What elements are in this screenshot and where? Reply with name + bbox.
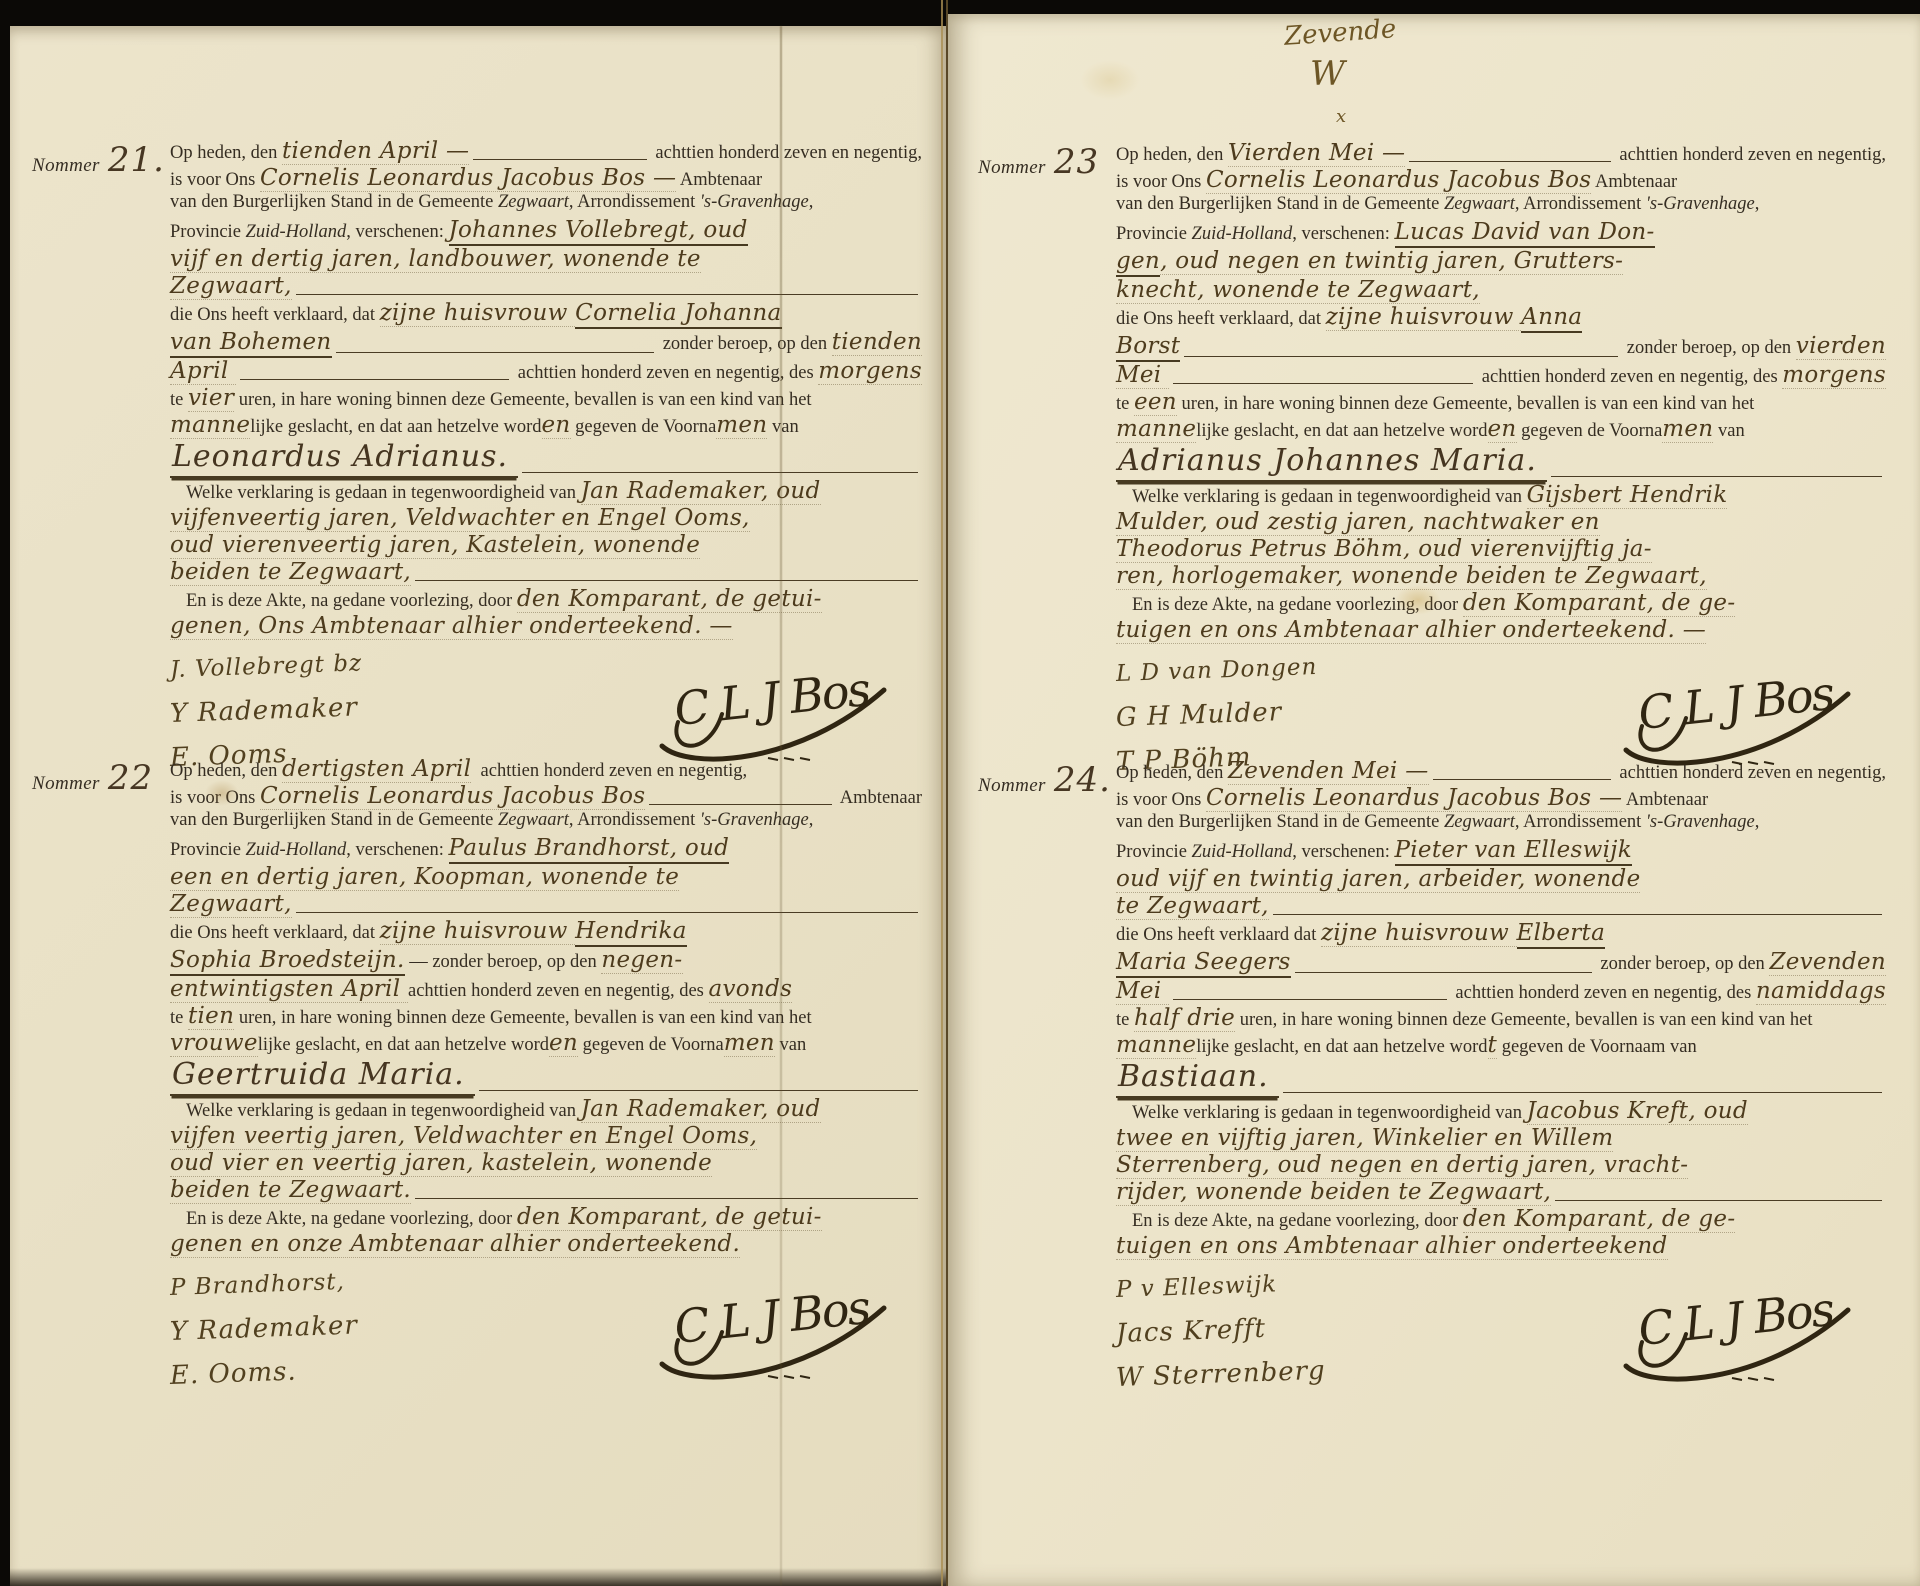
- record-line: mannelijke geslacht, en dat aan hetzelve…: [1116, 416, 1886, 443]
- handwritten-text: negen-: [601, 947, 682, 974]
- record-line: mannelijke geslacht, en dat aan hetzelve…: [170, 412, 922, 439]
- printed-text: uren, in hare woning binnen deze Gemeent…: [234, 390, 811, 411]
- printed-text: Zegwaart: [498, 810, 569, 831]
- handwritten-text: Sterrenberg, oud negen en dertig jaren, …: [1116, 1152, 1688, 1179]
- printed-text: , verschenen:: [346, 840, 448, 861]
- handwritten-text: namiddags: [1756, 978, 1886, 1005]
- record-line: Provincie Zuid-Holland, verschenen: Paul…: [170, 835, 922, 864]
- handwritten-text: Mei: [1116, 362, 1169, 389]
- record-number-label: Nommer 22: [32, 758, 153, 798]
- printed-text: Op heden, den: [1116, 145, 1228, 166]
- handwritten-text: Vierden Mei —: [1228, 140, 1405, 167]
- record-line: te vier uren, in hare woning binnen deze…: [170, 385, 922, 412]
- printed-text: gegeven de Voorna: [571, 417, 717, 438]
- handwritten-text: Cornelis Leonardus Jacobus Bos: [260, 783, 645, 810]
- fill-rule: [1173, 371, 1473, 384]
- handwritten-text: tienden April —: [282, 138, 469, 165]
- handwritten-text: Zegwaart,: [170, 273, 292, 300]
- handwritten-text: Zevenden Mei —: [1228, 758, 1429, 785]
- nommer-label: Nommer: [978, 157, 1046, 178]
- record-line: vijf en dertig jaren, landbouwer, wonend…: [170, 246, 922, 273]
- nommer-label: Nommer: [32, 773, 100, 794]
- printed-text: van den Burgerlijken Stand in de Gemeent…: [1116, 812, 1444, 833]
- handwritten-text: zijne huisvrouw: [380, 918, 576, 945]
- fill-rule: [415, 1186, 918, 1199]
- record-number-label: Nommer 24.: [978, 760, 1111, 800]
- record-line: Theodorus Petrus Böhm, oud vierenvijftig…: [1116, 536, 1886, 563]
- handwritten-text: Cornelis Leonardus Jacobus Bos —: [260, 165, 676, 192]
- record-line: En is deze Akte, na gedane voorlezing, d…: [170, 1204, 922, 1231]
- handwritten-text: dertigsten April: [282, 756, 471, 783]
- printed-text: En is deze Akte, na gedane voorlezing, d…: [1132, 1211, 1463, 1232]
- handwritten-text: vierden: [1796, 333, 1886, 360]
- birth-record-23: Nommer 23 Op heden, den Vierden Mei — ac…: [978, 140, 1886, 802]
- printed-text: , Arrondissement: [1515, 194, 1646, 215]
- printed-text: zonder beroep, op den: [1622, 338, 1796, 359]
- handwritten-text: April: [170, 358, 236, 385]
- handwritten-text: den Komparant, de ge-: [1463, 1206, 1736, 1233]
- handwritten-text: oud vier en veertig jaren, kastelein, wo…: [170, 1150, 712, 1177]
- record-line: te een uren, in hare woning binnen deze …: [1116, 389, 1886, 416]
- record-line: vijfenveertig jaren, Veldwachter en Enge…: [170, 505, 922, 532]
- margin-note-w: W: [1310, 54, 1345, 94]
- record-line: van den Burgerlijken Stand in de Gemeent…: [170, 810, 922, 835]
- record-line: rijder, wonende beiden te Zegwaart,: [1116, 1179, 1886, 1206]
- printed-text: van: [767, 417, 798, 438]
- handwritten-text: gen: [1116, 248, 1160, 277]
- birth-record-24: Nommer 24. Op heden, den Zevenden Mei — …: [978, 758, 1886, 1418]
- signature-block: P Brandhorst,Y RademakerE. Ooms. C L J B…: [170, 1266, 922, 1416]
- printed-text: zonder beroep, op den: [1596, 954, 1770, 975]
- handwritten-text: ren, horlogemaker, wonende beiden te Zeg…: [1116, 563, 1707, 590]
- handwritten-text: Paulus Brandhorst, oud: [449, 835, 730, 864]
- printed-text: 's-Gravenhage: [700, 810, 809, 831]
- printed-text: zonder beroep, op den: [658, 334, 832, 355]
- printed-text: is voor Ons: [1116, 172, 1206, 193]
- printed-text: En is deze Akte, na gedane voorlezing, d…: [1132, 595, 1463, 616]
- handwritten-text: Cornelis Leonardus Jacobus Bos: [1206, 167, 1591, 194]
- handwritten-text: vijfen veertig jaren, Veldwachter en Eng…: [170, 1123, 757, 1150]
- handwritten-text: entwintigsten April: [170, 976, 408, 1003]
- printed-text: ,: [809, 810, 814, 831]
- margin-note-x: x: [1336, 106, 1346, 127]
- handwritten-text: Johannes Vollebregt, oud: [449, 217, 748, 246]
- record-line: April achttien honderd zeven en negentig…: [170, 358, 922, 385]
- handwritten-text: Jacobus Kreft, oud: [1527, 1098, 1748, 1125]
- handwritten-text: Adrianus Johannes Maria.: [1116, 443, 1547, 482]
- printed-text: achttien honderd zeven en negentig,: [651, 143, 922, 164]
- handwritten-text: Mulder, oud zestig jaren, nachtwaker en: [1116, 509, 1600, 536]
- printed-text: gegeven de Voornaam van: [1497, 1037, 1697, 1058]
- printed-text: Zegwaart: [498, 192, 569, 213]
- handwritten-text: den Komparant, de getui-: [517, 1204, 822, 1231]
- paper-crease: [780, 26, 782, 1586]
- record-line: Op heden, den tienden April — achttien h…: [170, 138, 922, 165]
- record-line: Provincie Zuid-Holland, verschenen: Luca…: [1116, 219, 1886, 248]
- record-line: te tien uren, in hare woning binnen deze…: [170, 1003, 922, 1030]
- handwritten-text: vijfenveertig jaren, Veldwachter en Enge…: [170, 505, 750, 532]
- record-number: 24.: [1054, 760, 1111, 800]
- record-line: Maria Seegers zonder beroep, op den Zeve…: [1116, 949, 1886, 978]
- printed-text: achttien honderd zeven en negentig,: [1615, 763, 1886, 784]
- printed-text: Provincie: [170, 222, 246, 243]
- handwritten-text: Gijsbert Hendrik: [1527, 482, 1728, 509]
- printed-text: Ambtenaar: [1591, 172, 1677, 193]
- handwritten-text: Cornelis Leonardus Jacobus Bos —: [1206, 785, 1622, 812]
- handwritten-text: den Komparant, de ge-: [1463, 590, 1736, 617]
- record-line: En is deze Akte, na gedane voorlezing, d…: [170, 586, 922, 613]
- record-line: oud vijf en twintig jaren, arbeider, won…: [1116, 866, 1886, 893]
- record-line: Op heden, den dertigsten April achttien …: [170, 756, 922, 783]
- handwritten-text: twee en vijftig jaren, Winkelier en Will…: [1116, 1125, 1613, 1152]
- nommer-label: Nommer: [32, 155, 100, 176]
- handwritten-text: beiden te Zegwaart.: [170, 1177, 411, 1204]
- printed-text: Ambtenaar: [836, 788, 922, 809]
- printed-text: lijke geslacht, en dat aan hetzelve word: [1196, 1037, 1487, 1058]
- handwritten-text: Pieter van Elleswijk: [1395, 837, 1632, 866]
- fill-rule: [479, 1078, 918, 1091]
- handwritten-text: van Bohemen: [170, 329, 332, 358]
- nommer-label: Nommer: [978, 775, 1046, 796]
- printed-text: — zonder beroep, op den: [405, 952, 602, 973]
- handwritten-text: oud vijf en twintig jaren, arbeider, won…: [1116, 866, 1640, 893]
- printed-text: Provincie: [170, 840, 246, 861]
- printed-text: ,: [809, 192, 814, 213]
- record-line: Provincie Zuid-Holland, verschenen: Joha…: [170, 217, 922, 246]
- handwritten-text: Jan Rademaker, oud: [581, 478, 821, 505]
- handwritten-text: en: [549, 1030, 578, 1057]
- printed-text: Welke verklaring is gedaan in tegenwoord…: [186, 483, 581, 504]
- record-line: Geertruida Maria.: [170, 1057, 922, 1096]
- printed-text: achttien honderd zeven en negentig,: [471, 761, 747, 782]
- printed-text: die Ons heeft verklaard, dat: [170, 305, 380, 326]
- fill-rule: [1555, 1188, 1882, 1201]
- handwritten-text: tienden: [832, 329, 922, 356]
- record-line: is voor Ons Cornelis Leonardus Jacobus B…: [170, 783, 922, 810]
- printed-text: 's-Gravenhage: [1646, 194, 1755, 215]
- record-body: Op heden, den Vierden Mei — achttien hon…: [1116, 140, 1886, 644]
- record-line: En is deze Akte, na gedane voorlezing, d…: [1116, 1206, 1886, 1233]
- record-line: Zegwaart,: [170, 891, 922, 918]
- handwritten-text: Maria Seegers: [1116, 949, 1291, 978]
- record-line: te half drie uren, in hare woning binnen…: [1116, 1005, 1886, 1032]
- printed-text: Ambtenaar: [1622, 790, 1708, 811]
- record-line: beiden te Zegwaart.: [170, 1177, 922, 1204]
- binding-page-edge: [946, 0, 948, 1586]
- handwritten-text: half drie: [1134, 1005, 1235, 1032]
- printed-text: 's-Gravenhage: [1646, 812, 1755, 833]
- record-line: Op heden, den Vierden Mei — achttien hon…: [1116, 140, 1886, 167]
- fill-rule: [1295, 960, 1592, 973]
- register-page-left: Nommer 21. Op heden, den tienden April —…: [10, 26, 946, 1586]
- record-line: Welke verklaring is gedaan in tegenwoord…: [1116, 482, 1886, 509]
- record-number: 22: [108, 758, 153, 798]
- record-number-label: Nommer 23: [978, 142, 1099, 182]
- record-line: mannelijke geslacht, en dat aan hetzelve…: [1116, 1032, 1886, 1059]
- record-line: van Bohemen zonder beroep, op den tiende…: [170, 329, 922, 358]
- handwritten-text: men: [724, 1030, 775, 1057]
- fill-rule: [296, 282, 918, 295]
- printed-text: achttien honderd zeven en negentig, des: [513, 363, 818, 384]
- handwritten-text: en: [542, 412, 571, 439]
- birth-record-21: Nommer 21. Op heden, den tienden April —…: [32, 138, 922, 798]
- record-line: entwintigsten April achttien honderd zev…: [170, 976, 922, 1003]
- printed-text: Zuid-Holland: [246, 222, 347, 243]
- record-line: Provincie Zuid-Holland, verschenen: Piet…: [1116, 837, 1886, 866]
- fill-rule: [1551, 464, 1882, 477]
- printed-text: gegeven de Voorna: [1517, 421, 1663, 442]
- printed-text: is voor Ons: [170, 170, 260, 191]
- fill-rule: [1433, 767, 1611, 780]
- record-line: Bastiaan.: [1116, 1059, 1886, 1098]
- record-line: knecht, wonende te Zegwaart,: [1116, 277, 1886, 304]
- printed-text: lijke geslacht, en dat aan hetzelve word: [250, 417, 541, 438]
- handwritten-text: knecht, wonende te Zegwaart,: [1116, 277, 1480, 304]
- printed-text: , Arrondissement: [569, 192, 700, 213]
- official-signature: C L J Bos: [648, 1280, 908, 1392]
- printed-text: die Ons heeft verklaard, dat: [170, 923, 380, 944]
- record-line: Sterrenberg, oud negen en dertig jaren, …: [1116, 1152, 1886, 1179]
- printed-text: Zegwaart: [1444, 812, 1515, 833]
- fill-rule: [473, 147, 646, 160]
- handwritten-text: Sophia Broedsteijn.: [170, 947, 405, 976]
- printed-text: ,: [1755, 812, 1760, 833]
- record-line: Adrianus Johannes Maria.: [1116, 443, 1886, 482]
- printed-text: Zuid-Holland: [1192, 224, 1293, 245]
- printed-text: Welke verklaring is gedaan in tegenwoord…: [186, 1101, 581, 1122]
- handwritten-text: Cornelia Johanna: [575, 300, 781, 329]
- handwritten-text: te Zegwaart,: [1116, 893, 1269, 920]
- handwritten-text: Theodorus Petrus Böhm, oud vierenvijftig…: [1116, 536, 1652, 563]
- printed-text: Ambtenaar: [676, 170, 762, 191]
- fill-rule: [522, 460, 918, 473]
- printed-text: lijke geslacht, en dat aan hetzelve word: [258, 1035, 549, 1056]
- record-line: is voor Ons Cornelis Leonardus Jacobus B…: [1116, 785, 1886, 812]
- handwritten-text: Mei: [1116, 978, 1169, 1005]
- printed-text: te: [1116, 394, 1134, 415]
- record-line: Welke verklaring is gedaan in tegenwoord…: [1116, 1098, 1886, 1125]
- printed-text: Provincie: [1116, 224, 1192, 245]
- handwritten-text: vier: [188, 385, 234, 412]
- handwritten-text: Zevenden: [1769, 949, 1886, 976]
- handwritten-text: vijf en dertig jaren, landbouwer, wonend…: [170, 246, 701, 273]
- record-body: Op heden, den dertigsten April achttien …: [170, 756, 922, 1258]
- printed-text: uren, in hare woning binnen deze Gemeent…: [234, 1008, 811, 1029]
- record-line: van den Burgerlijken Stand in de Gemeent…: [1116, 812, 1886, 837]
- record-line: van den Burgerlijken Stand in de Gemeent…: [170, 192, 922, 217]
- fill-rule: [240, 367, 509, 380]
- handwritten-text: Leonardus Adrianus.: [170, 439, 518, 478]
- printed-text: is voor Ons: [1116, 790, 1206, 811]
- handwritten-text: zijne huisvrouw: [1321, 920, 1517, 947]
- handwritten-text: Elberta: [1517, 920, 1606, 949]
- printed-text: uren, in hare woning binnen deze Gemeent…: [1235, 1010, 1812, 1031]
- handwritten-text: zijne huisvrouw: [1326, 304, 1522, 331]
- record-line: is voor Ons Cornelis Leonardus Jacobus B…: [1116, 167, 1886, 194]
- record-line: is voor Ons Cornelis Leonardus Jacobus B…: [170, 165, 922, 192]
- handwritten-text: morgens: [1782, 362, 1886, 389]
- record-line: die Ons heeft verklaard, dat zijne huisv…: [170, 918, 922, 947]
- printed-text: , Arrondissement: [569, 810, 700, 831]
- record-line: Mulder, oud zestig jaren, nachtwaker en: [1116, 509, 1886, 536]
- printed-text: lijke geslacht, en dat aan hetzelve word: [1196, 421, 1487, 442]
- printed-text: te: [1116, 1010, 1134, 1031]
- signature-block: P v ElleswijkJacs KrefftW Sterrenberg C …: [1116, 1268, 1886, 1418]
- printed-text: Zuid-Holland: [1192, 842, 1293, 863]
- printed-text: achttien honderd zeven en negentig, des: [1451, 983, 1756, 1004]
- printed-text: die Ons heeft verklaard, dat: [1116, 309, 1326, 330]
- record-number: 23: [1054, 142, 1099, 182]
- printed-text: die Ons heeft verklaard dat: [1116, 925, 1321, 946]
- printed-text: van: [1713, 421, 1744, 442]
- handwritten-text: den Komparant, de getui-: [517, 586, 822, 613]
- handwritten-text: rijder, wonende beiden te Zegwaart,: [1116, 1179, 1551, 1206]
- binding-page-edge: [941, 0, 943, 1586]
- record-line: Welke verklaring is gedaan in tegenwoord…: [170, 478, 922, 505]
- handwritten-text: tien: [188, 1003, 234, 1030]
- handwritten-text: men: [1662, 416, 1713, 443]
- fill-rule: [1173, 987, 1447, 1000]
- printed-text: achttien honderd zeven en negentig, des: [1477, 367, 1782, 388]
- record-line: vijfen veertig jaren, Veldwachter en Eng…: [170, 1123, 922, 1150]
- register-book-photo: Nommer 21. Op heden, den tienden April —…: [0, 0, 1920, 1586]
- printed-text: te: [170, 390, 188, 411]
- printed-text: ,: [1755, 194, 1760, 215]
- handwritten-text: en: [1488, 416, 1517, 443]
- printed-text: is voor Ons: [170, 788, 260, 809]
- fill-rule: [1273, 902, 1882, 915]
- record-line: Leonardus Adrianus.: [170, 439, 922, 478]
- handwritten-text: Zegwaart,: [170, 891, 292, 918]
- printed-text: Provincie: [1116, 842, 1192, 863]
- printed-text: te: [170, 1008, 188, 1029]
- record-body: Op heden, den tienden April — achttien h…: [170, 138, 922, 640]
- printed-text: , verschenen:: [346, 222, 448, 243]
- record-line: een en dertig jaren, Koopman, wonende te: [170, 864, 922, 891]
- record-line: Zegwaart,: [170, 273, 922, 300]
- printed-text: , verschenen:: [1292, 842, 1394, 863]
- handwritten-text: manne: [1116, 1032, 1196, 1059]
- fill-rule: [1184, 344, 1618, 357]
- printed-text: uren, in hare woning binnen deze Gemeent…: [1177, 394, 1754, 415]
- printed-text: Zuid-Holland: [246, 840, 347, 861]
- handwritten-text: een: [1134, 389, 1177, 416]
- record-line: oud vier en veertig jaren, kastelein, wo…: [170, 1150, 922, 1177]
- handwritten-text: Jan Rademaker, oud: [581, 1096, 821, 1123]
- handwritten-text: vrouwe: [170, 1030, 258, 1057]
- handwritten-text: t: [1488, 1032, 1498, 1059]
- fill-rule: [296, 900, 918, 913]
- record-line: Mei achttien honderd zeven en negentig, …: [1116, 978, 1886, 1005]
- handwritten-text: oud vierenveertig jaren, Kastelein, wone…: [170, 532, 700, 559]
- printed-text: gegeven de Voorna: [578, 1035, 724, 1056]
- printed-text: achttien honderd zeven en negentig,: [1615, 145, 1886, 166]
- birth-record-22: Nommer 22 Op heden, den dertigsten April…: [32, 756, 922, 1416]
- official-signature: C L J Bos: [1612, 1282, 1872, 1394]
- printed-text: Welke verklaring is gedaan in tegenwoord…: [1132, 1103, 1527, 1124]
- handwritten-text: morgens: [818, 358, 922, 385]
- margin-note-zevende: Zevende: [1283, 14, 1397, 52]
- handwritten-text: Borst: [1116, 333, 1180, 362]
- printed-text: 's-Gravenhage: [700, 192, 809, 213]
- printed-text: En is deze Akte, na gedane voorlezing, d…: [186, 591, 517, 612]
- printed-text: Op heden, den: [170, 143, 282, 164]
- record-body: Op heden, den Zevenden Mei — achttien ho…: [1116, 758, 1886, 1260]
- fill-rule: [336, 340, 655, 353]
- fill-rule: [1283, 1080, 1882, 1093]
- record-line: te Zegwaart,: [1116, 893, 1886, 920]
- handwritten-text: Anna: [1521, 304, 1582, 333]
- record-line: Mei achttien honderd zeven en negentig, …: [1116, 362, 1886, 389]
- printed-text: Zegwaart: [1444, 194, 1515, 215]
- handwritten-text: Lucas David van Don-: [1395, 219, 1655, 248]
- register-page-right: Zevende W x Nommer 23 Op heden, den Vier…: [948, 14, 1920, 1586]
- record-line: Borst zonder beroep, op den vierden: [1116, 333, 1886, 362]
- record-line: Sophia Broedsteijn. — zonder beroep, op …: [170, 947, 922, 976]
- record-line: En is deze Akte, na gedane voorlezing, d…: [1116, 590, 1886, 617]
- record-line: die Ons heeft verklaard, dat zijne huisv…: [1116, 304, 1886, 333]
- printed-text: van den Burgerlijken Stand in de Gemeent…: [1116, 194, 1444, 215]
- printed-text: En is deze Akte, na gedane voorlezing, d…: [186, 1209, 517, 1230]
- fill-rule: [649, 792, 832, 805]
- handwritten-text: een en dertig jaren, Koopman, wonende te: [170, 864, 679, 891]
- handwritten-text: Bastiaan.: [1116, 1059, 1279, 1098]
- fill-rule: [415, 568, 918, 581]
- printed-text: achttien honderd zeven en negentig, des: [408, 981, 709, 1002]
- printed-text: , Arrondissement: [1515, 812, 1646, 833]
- record-line: gen, oud negen en twintig jaren, Grutter…: [1116, 248, 1886, 277]
- printed-text: van den Burgerlijken Stand in de Gemeent…: [170, 810, 498, 831]
- printed-text: , verschenen:: [1292, 224, 1394, 245]
- record-line: oud vierenveertig jaren, Kastelein, wone…: [170, 532, 922, 559]
- record-line: die Ons heeft verklaard, dat zijne huisv…: [170, 300, 922, 329]
- handwritten-text: manne: [1116, 416, 1196, 443]
- handwritten-text: Hendrika: [575, 918, 687, 947]
- handwritten-text: Geertruida Maria.: [170, 1057, 475, 1096]
- record-line: vrouwelijke geslacht, en dat aan hetzelv…: [170, 1030, 922, 1057]
- record-line: twee en vijftig jaren, Winkelier en Will…: [1116, 1125, 1886, 1152]
- printed-text: Op heden, den: [170, 761, 282, 782]
- handwritten-text: manne: [170, 412, 250, 439]
- handwritten-text: zijne huisvrouw: [380, 300, 576, 327]
- handwritten-text: men: [716, 412, 767, 439]
- printed-text: Op heden, den: [1116, 763, 1228, 784]
- handwritten-text: , oud negen en twintig jaren, Grutters-: [1160, 248, 1623, 275]
- record-line: van den Burgerlijken Stand in de Gemeent…: [1116, 194, 1886, 219]
- record-line: beiden te Zegwaart,: [170, 559, 922, 586]
- fill-rule: [1409, 149, 1610, 162]
- printed-text: van den Burgerlijken Stand in de Gemeent…: [170, 192, 498, 213]
- record-line: ren, horlogemaker, wonende beiden te Zeg…: [1116, 563, 1886, 590]
- record-line: Op heden, den Zevenden Mei — achttien ho…: [1116, 758, 1886, 785]
- handwritten-text: beiden te Zegwaart,: [170, 559, 411, 586]
- record-number-label: Nommer 21.: [32, 140, 165, 180]
- record-line: die Ons heeft verklaard dat zijne huisvr…: [1116, 920, 1886, 949]
- record-line: Welke verklaring is gedaan in tegenwoord…: [170, 1096, 922, 1123]
- printed-text: Welke verklaring is gedaan in tegenwoord…: [1132, 487, 1527, 508]
- record-number: 21.: [108, 140, 165, 180]
